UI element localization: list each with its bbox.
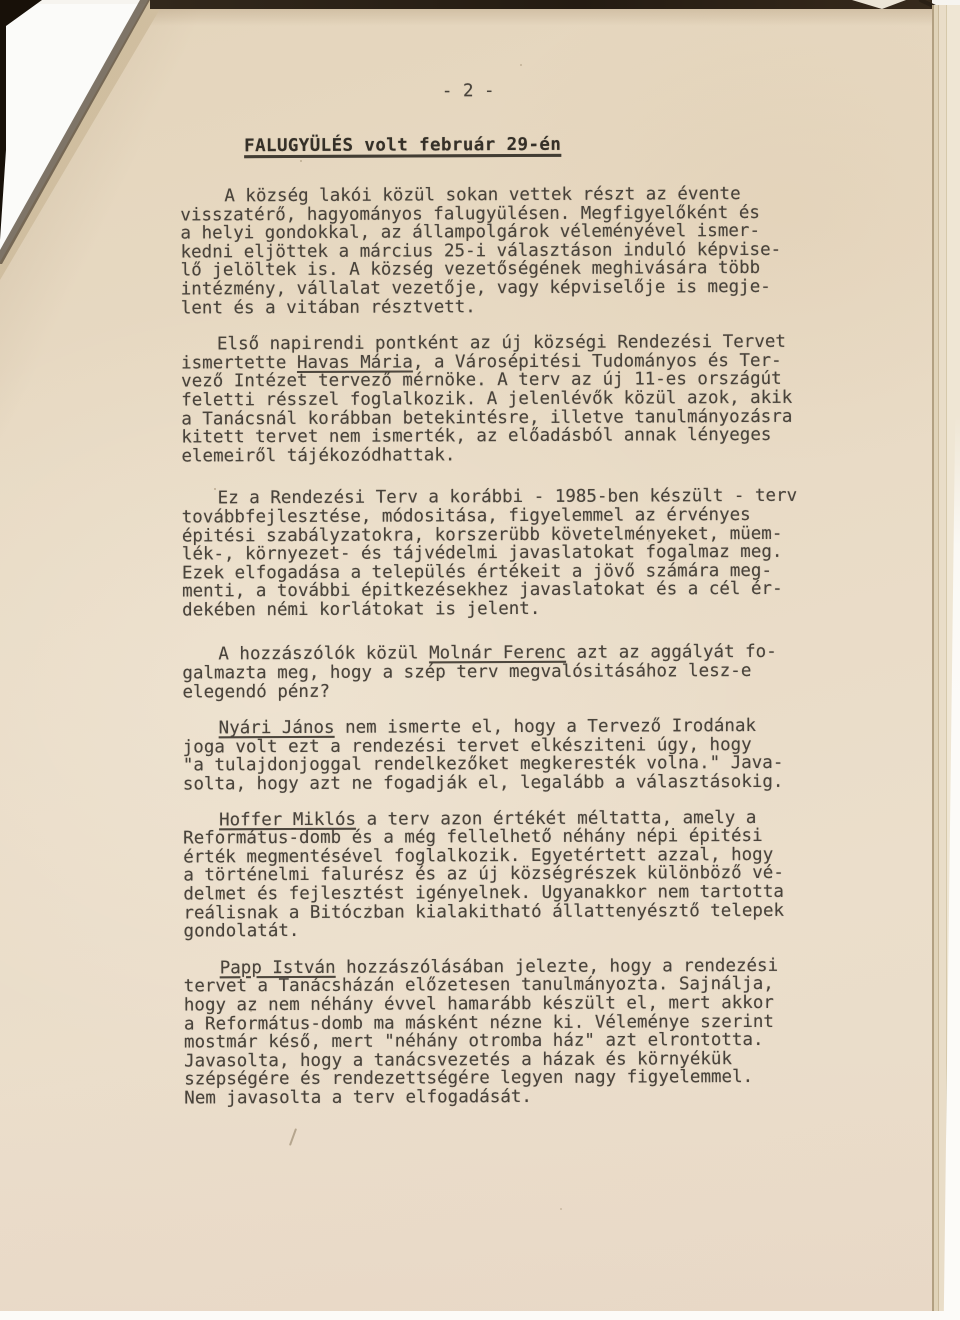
text-line: dekében némi korlátokat is jelent. bbox=[182, 598, 842, 619]
text-line: elemeiről tájékozódhattak. bbox=[181, 444, 841, 465]
text-line: gondolatát. bbox=[183, 920, 843, 941]
page-number: - 2 - bbox=[442, 82, 495, 101]
text-line: lent és a vitában résztvett. bbox=[181, 296, 841, 317]
document-title: FALUGYÜLÉS volt február 29-én bbox=[244, 136, 561, 156]
paragraph: Hoffer Miklós a terv azon értékét méltat… bbox=[183, 808, 844, 941]
text-line: intézmény, vállalat vezetője, vagy képvi… bbox=[181, 278, 841, 299]
text-line: elegendó pénz? bbox=[182, 680, 842, 701]
page-stack-edges bbox=[932, 5, 960, 1311]
paragraph: Papp István hozzászólásában jelezte, hog… bbox=[184, 956, 845, 1108]
scanner-margin-bottom bbox=[0, 1311, 960, 1320]
document-body: A község lakói közül sokan vettek részt … bbox=[180, 185, 844, 1126]
scanned-document-canvas: - 2 - FALUGYÜLÉS volt február 29-én A kö… bbox=[0, 0, 960, 1320]
document-page: - 2 - FALUGYÜLÉS volt február 29-én A kö… bbox=[0, 0, 960, 1320]
typewritten-text-layer: - 2 - FALUGYÜLÉS volt február 29-én A kö… bbox=[179, 0, 865, 1320]
text-line: kitett tervet nem ismerték, az előadásbó… bbox=[181, 426, 841, 447]
paragraph: A hozzászólók közül Molnár Ferenc azt az… bbox=[182, 643, 842, 702]
paragraph: Nyári János nem ismerte el, hogy a Terve… bbox=[183, 717, 843, 794]
underlined-name: Nyári János bbox=[219, 718, 335, 739]
paragraph: Ez a Rendezési Terv a korábbi - 1985-ben… bbox=[182, 487, 843, 620]
text-line: reálisnak a Bitóczban kialakitható állat… bbox=[183, 901, 843, 922]
text-line: solta, hogy azt ne fogadják el, legalább… bbox=[183, 773, 843, 794]
paragraph: Első napirendi pontként az új községi Re… bbox=[181, 333, 842, 466]
text-line: mostmár késő, mert "néhány otromba ház" … bbox=[184, 1031, 844, 1052]
underlined-name: Molnár Ferenc bbox=[429, 643, 566, 664]
text-line: Nem javasolta a terv elfogadását. bbox=[184, 1087, 844, 1108]
paragraph: A község lakói közül sokan vettek részt … bbox=[180, 185, 841, 318]
scan-gap-top bbox=[150, 0, 932, 9]
scanner-margin-right bbox=[943, 415, 960, 1311]
text-line: galmazta meg, hogy a szép terv megvalósi… bbox=[182, 662, 842, 683]
